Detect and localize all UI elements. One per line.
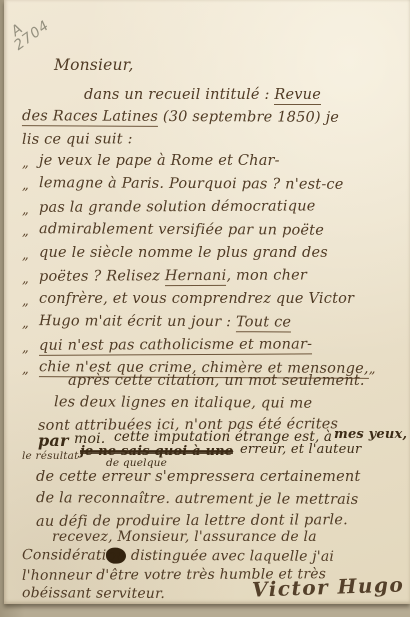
- letter-line: de la reconnaître. autrement je le mettr…: [22, 487, 361, 511]
- line-text: pas la grande solution démocratique: [39, 198, 316, 215]
- letter-line: lis ce qui suit :: [22, 127, 339, 151]
- letter-photograph: A 2704 Monsieur, dans un recueil intitul…: [0, 0, 410, 617]
- closing-quotation-mark: „: [369, 362, 376, 377]
- interline-insertion: le résultat: [22, 445, 79, 467]
- quotation-mark: „: [22, 245, 39, 267]
- quoted-line: „poëtes ? Relisez Hernani, mon cher: [22, 264, 376, 289]
- letter-line: des Races Latines (30 septembre 1850) je: [22, 105, 339, 129]
- quoted-line: „qui n'est pas catholicisme et monar-: [22, 333, 376, 358]
- line-text: lemagne à Paris. Pourquoi pas ? n'est-ce: [39, 175, 344, 193]
- underlined-phrase: qui n'est pas catholicisme et monar-: [39, 336, 312, 355]
- letter-line: recevez, Monsieur, l'assurance de la: [22, 528, 334, 547]
- quoted-line: „Hugo m'ait écrit un jour : Tout ce: [22, 310, 376, 335]
- line-text: je veux le pape à Rome et Char-: [39, 153, 280, 169]
- quotation-mark: „: [22, 221, 39, 243]
- quoted-passage: „je veux le pape à Rome et Char- „lemagn…: [22, 150, 376, 380]
- line-text: poëtes ? Relisez: [39, 268, 165, 285]
- corrected-passage: par moi. cette imputation étrange est, à…: [22, 428, 404, 466]
- commentary-paragraph-continued: de cette erreur s'empressera certainemen…: [22, 466, 360, 532]
- line-text: que le siècle nomme le plus grand des: [39, 245, 328, 261]
- letter-line: de cette erreur s'empressera certainemen…: [22, 466, 360, 488]
- letter-line: Considération distinguée avec laquelle j…: [22, 546, 334, 567]
- line-text: Hugo m'ait écrit un jour :: [39, 313, 236, 330]
- line-text: confrère, et vous comprendrez que Victor: [39, 291, 354, 307]
- line-text: erreur, et l'auteur: [240, 439, 361, 461]
- salutation: Monsieur,: [54, 54, 134, 76]
- quotation-mark: „: [22, 175, 39, 197]
- letter-line: après cette citation, un mot seulement.: [22, 370, 365, 392]
- ink-blot: on: [106, 548, 126, 564]
- underlined-title: Revue: [274, 87, 321, 105]
- line-text: (30 septembre 1850) je: [158, 109, 339, 126]
- line-text: admirablement versifiée par un poëte: [39, 221, 324, 238]
- underlined-title: des Races Latines: [22, 108, 158, 127]
- quoted-line: „confrère, et vous comprendrez que Victo…: [22, 288, 376, 311]
- line-text: Considérati: [22, 547, 107, 563]
- letter-line: dans un recueil intitulé : Revue: [22, 84, 339, 106]
- quoted-line: „que le siècle nomme le plus grand des: [22, 242, 376, 265]
- quotation-mark: „: [22, 269, 39, 291]
- letter-line: les deux lignes en italique, qui me: [22, 391, 365, 415]
- quotation-mark: „: [22, 313, 39, 335]
- line-text: distinguée avec laquelle j'ai: [126, 548, 334, 565]
- quoted-line: „pas la grande solution démocratique: [22, 195, 376, 220]
- quoted-line: „je veux le pape à Rome et Char-: [22, 150, 376, 173]
- quoted-line: „lemagne à Paris. Pourquoi pas ? n'est-c…: [22, 172, 376, 197]
- underlined-phrase: Tout ce: [236, 314, 291, 332]
- opening-paragraph: dans un recueil intitulé : Revue des Rac…: [22, 84, 339, 150]
- line-text: , mon cher: [226, 267, 307, 283]
- quoted-line: „admirablement versifiée par un poëte: [22, 218, 376, 243]
- signature: Victor Hugo: [252, 573, 405, 600]
- underlined-title: Hernani: [165, 268, 227, 286]
- line-text: dans un recueil intitulé :: [84, 87, 274, 103]
